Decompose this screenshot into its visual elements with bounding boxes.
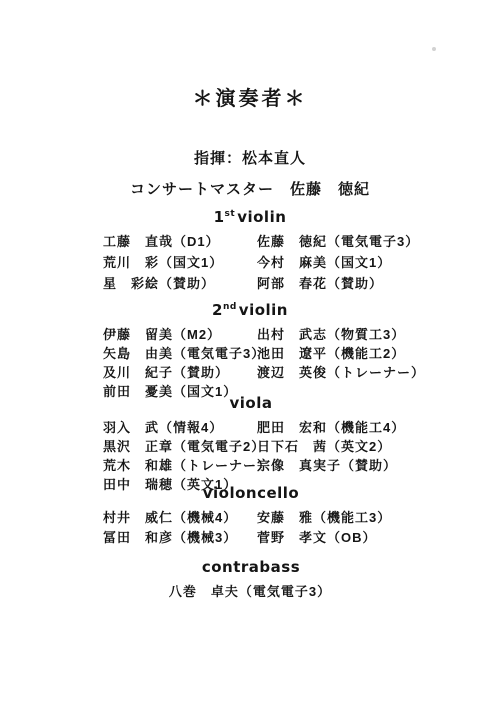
section-number: 2 — [212, 301, 223, 319]
member-name: 佐藤 徳紀（電気電子3） — [257, 231, 500, 252]
member-name: 冨田 和彦（機械3） — [103, 527, 257, 547]
member-name: 今村 麻美（国文1） — [257, 252, 500, 273]
member-name: 荒川 彩（国文1） — [103, 252, 257, 273]
concertmaster-line: コンサートマスター 佐藤 徳紀 — [0, 178, 500, 199]
member-name: 黒沢 正章（電気電子2） — [103, 436, 257, 455]
section-members-2nd-violin: 伊藤 留美（M2） 出村 武志（物質工3） 矢島 由美（電気電子3） 池田 遼平… — [103, 324, 500, 400]
member-name: 出村 武志（物質工3） — [257, 324, 500, 343]
section-members-1st-violin: 工藤 直哉（D1） 佐藤 徳紀（電気電子3） 荒川 彩（国文1） 今村 麻美（国… — [103, 231, 500, 294]
member-row: 羽入 武（情報4） 肥田 宏和（機能工4） — [103, 417, 500, 436]
member-name: 肥田 宏和（機能工4） — [257, 417, 500, 436]
member-name: 阿部 春花（賛助） — [257, 273, 500, 294]
member-name: 工藤 直哉（D1） — [103, 231, 257, 252]
section-header-viola: viola — [0, 394, 500, 412]
section-members-viola: 羽入 武（情報4） 肥田 宏和（機能工4） 黒沢 正章（電気電子2） 日下石 茜… — [103, 417, 500, 493]
section-instrument: violin — [237, 208, 286, 226]
member-name: 池田 遼平（機能工2） — [257, 343, 500, 362]
member-name: 矢島 由美（電気電子3） — [103, 343, 257, 362]
section-ordinal: nd — [223, 302, 237, 312]
member-name: 菅野 孝文（OB） — [257, 527, 500, 547]
member-name: 羽入 武（情報4） — [103, 417, 257, 436]
member-row: 矢島 由美（電気電子3） 池田 遼平（機能工2） — [103, 343, 500, 362]
member-row: 伊藤 留美（M2） 出村 武志（物質工3） — [103, 324, 500, 343]
section-instrument: viola — [230, 394, 273, 412]
member-name: 安藤 雅（機能工3） — [257, 507, 500, 527]
member-row: 工藤 直哉（D1） 佐藤 徳紀（電気電子3） — [103, 231, 500, 252]
section-instrument: violoncello — [203, 484, 300, 502]
section-header-2nd-violin: 2ndviolin — [0, 301, 500, 319]
member-name: 荒木 和雄（トレーナー） — [103, 455, 257, 474]
member-name: 伊藤 留美（M2） — [103, 324, 257, 343]
page-title: ＊演奏者＊ — [0, 82, 500, 111]
section-header-1st-violin: 1stviolin — [0, 208, 500, 226]
section-instrument: contrabass — [202, 558, 300, 576]
member-row: 及川 紀子（賛助） 渡辺 英俊（トレーナー） — [103, 362, 500, 381]
member-name: 及川 紀子（賛助） — [103, 362, 257, 381]
conductor-line: 指揮：松本直人 — [0, 147, 500, 168]
section-members-violoncello: 村井 威仁（機械4） 安藤 雅（機能工3） 冨田 和彦（機械3） 菅野 孝文（O… — [103, 507, 500, 547]
member-name: 渡辺 英俊（トレーナー） — [257, 362, 500, 381]
section-instrument: violin — [239, 301, 288, 319]
section-number: 1 — [214, 208, 225, 226]
member-row: 冨田 和彦（機械3） 菅野 孝文（OB） — [103, 527, 500, 547]
member-row: 村井 威仁（機械4） 安藤 雅（機能工3） — [103, 507, 500, 527]
member-row: 黒沢 正章（電気電子2） 日下石 茜（英文2） — [103, 436, 500, 455]
member-name: 宗像 真実子（賛助） — [257, 455, 500, 474]
scan-artifact-speck — [432, 47, 436, 51]
member-name: 日下石 茜（英文2） — [257, 436, 500, 455]
member-row: 荒川 彩（国文1） 今村 麻美（国文1） — [103, 252, 500, 273]
member-name: 星 彩絵（賛助） — [103, 273, 257, 294]
member-name: 村井 威仁（機械4） — [103, 507, 257, 527]
member-row: 荒木 和雄（トレーナー） 宗像 真実子（賛助） — [103, 455, 500, 474]
member-row: 星 彩絵（賛助） 阿部 春花（賛助） — [103, 273, 500, 294]
section-header-contrabass: contrabass — [0, 558, 500, 576]
member-name: 八巻 卓夫（電気電子3） — [0, 581, 500, 600]
section-ordinal: st — [225, 209, 236, 219]
program-page: ＊演奏者＊ 指揮：松本直人 コンサートマスター 佐藤 徳紀 1stviolin … — [0, 0, 500, 723]
section-header-violoncello: violoncello — [0, 484, 500, 502]
